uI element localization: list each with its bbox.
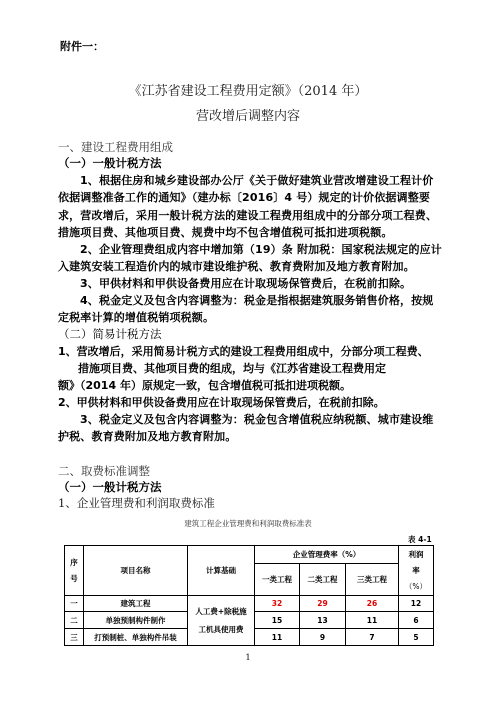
header-profit-rate: 利润率（%） <box>399 546 434 596</box>
section-1-heading: 一、建设工程费用组成 <box>58 139 173 155</box>
section-1-item-4: 4、税金定义及包含内容调整为：税金是指根据建筑服务销售价格，按规定税率计算的增值… <box>58 292 442 327</box>
header-name: 项目名称 <box>84 546 188 596</box>
table-caption: 建筑工程企业管理费和利润取费标准表 <box>0 518 496 529</box>
page-number: 1 <box>0 653 496 662</box>
row-class-1: 11 <box>255 629 300 646</box>
header-seq: 序号 <box>65 546 84 596</box>
fee-standard-table: 序号 项目名称 计算基础 企业管理费率（%） 利润率（%） 一类工程 二类工程 … <box>64 545 434 646</box>
row-profit: 5 <box>399 629 434 646</box>
header-class-3: 三类工程 <box>346 564 399 596</box>
section-1-sub2-item-2: 2、甲供材料和甲供设备费用应在计取现场保管费后，在税前扣除。 <box>58 394 385 410</box>
row-class-3: 11 <box>346 612 399 629</box>
row-class-1: 15 <box>255 612 300 629</box>
row-class-1: 32 <box>255 596 300 612</box>
row-class-3: 26 <box>346 596 399 612</box>
section-2-item-1: 1、企业管理费和利润取费标准 <box>58 495 215 511</box>
table-number: 表 4-1 <box>408 534 432 545</box>
row-seq: 二 <box>65 612 84 629</box>
document-title: 《江苏省建设工程费用定额》（2014 年） <box>0 80 496 99</box>
header-basis: 计算基础 <box>188 546 255 596</box>
section-1-item-2: 2、企业管理费组成内容中增加第（19）条 附加税：国家税法规定的应计入建筑安装工… <box>58 241 442 276</box>
header-mgmt-rate: 企业管理费率（%） <box>255 546 399 564</box>
row-name: 单独预制构件制作 <box>84 612 188 629</box>
section-1-sub1-heading: （一）一般计税方法 <box>58 155 162 171</box>
row-name: 打预制桩、单独构件吊装 <box>84 629 188 646</box>
attachment-label: 附件一： <box>60 38 104 54</box>
section-1-sub2-item-1-line-2: 措施项目费、其他项目费的组成，均与《江苏省建设工程费用定 <box>78 360 386 376</box>
row-profit: 6 <box>399 612 434 629</box>
header-class-2: 二类工程 <box>300 564 346 596</box>
header-class-1: 一类工程 <box>255 564 300 596</box>
row-basis: 人工费+除税施工机具使用费 <box>188 596 255 646</box>
row-class-2: 29 <box>300 596 346 612</box>
row-seq: 一 <box>65 596 84 612</box>
section-2-heading: 二、取费标准调整 <box>58 463 150 479</box>
section-1-item-3: 3、甲供材料和甲供设备费用应在计取现场保管费后，在税前扣除。 <box>58 275 442 292</box>
section-1-sub2-item-1-line-1: 1、营改增后，采用简易计税方式的建设工程费用组成中，分部分项工程费、 <box>58 343 429 359</box>
section-2-sub1-heading: （一）一般计税方法 <box>58 479 162 495</box>
section-1-sub2-item-1-line-3: 额》（2014 年）原规定一致，包含增值税可抵扣进项税额。 <box>58 377 351 393</box>
document-page: 附件一： 《江苏省建设工程费用定额》（2014 年） 营改增后调整内容 一、建设… <box>0 0 496 702</box>
row-name: 建筑工程 <box>84 596 188 612</box>
row-seq: 三 <box>65 629 84 646</box>
document-subtitle: 营改增后调整内容 <box>0 105 496 124</box>
table-row: 一 建筑工程 人工费+除税施工机具使用费 32 29 26 12 <box>65 596 434 612</box>
section-1-item-1: 1、根据住房和城乡建设部办公厅《关于做好建筑业营改增建设工程计价依据调整准备工作… <box>58 172 442 241</box>
section-1-sub2-heading: （二）简易计税方法 <box>58 326 162 342</box>
row-profit: 12 <box>399 596 434 612</box>
row-class-3: 7 <box>346 629 399 646</box>
row-class-2: 9 <box>300 629 346 646</box>
section-1-sub2-item-3: 3、税金定义及包含内容调整为：税金包含增值税应纳税额、城市建设维护税、教育费附加… <box>58 411 442 446</box>
row-class-2: 13 <box>300 612 346 629</box>
